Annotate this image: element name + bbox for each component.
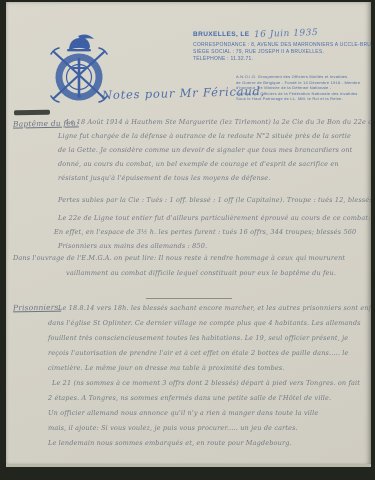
body-paragraph-quote: Dans l'ouvrage de l'E.M.G.A. on peut lir… bbox=[6, 254, 371, 284]
handwritten-line: Le lendemain nous sommes embarqués et, e… bbox=[6, 439, 371, 454]
letterhead-line: CORRESPONDANCE : 8, AVENUE DES MARRONNIE… bbox=[193, 42, 371, 49]
scanned-letter-page: BRUXELLES, LE 16 Juin 1935 CORRESPONDANC… bbox=[6, 2, 371, 467]
handwritten-line: mais, il ajoute: Si vous voulez, je puis… bbox=[6, 424, 371, 439]
handwritten-line: 2 étapes. A Tongres, ns sommes enfermés … bbox=[6, 394, 371, 409]
handwritten-line: résistant jusqu'à l'épuisement de tous l… bbox=[6, 174, 371, 188]
handwritten-line: Le 18 Août 1914 à Hauthem Ste Marguerite… bbox=[6, 118, 371, 132]
body-paragraph-2: Pertes subies par la Cie : Tués : 1 off.… bbox=[6, 196, 371, 210]
handwritten-line: Le 18.8.14 vers 18h. les blessés sachant… bbox=[6, 304, 371, 319]
handwritten-line: Dans l'ouvrage de l'E.M.G.A. on peut lir… bbox=[6, 254, 371, 269]
handwritten-line: donné, au cours du combat, un bel exempl… bbox=[6, 160, 371, 174]
letterhead-address-lines: CORRESPONDANCE : 8, AVENUE DES MARRONNIE… bbox=[193, 42, 371, 63]
paper-bottom-edge bbox=[6, 464, 371, 467]
handwritten-line: cimetière. Le même jour on dresse ma tab… bbox=[6, 364, 371, 379]
handwritten-line: vaillamment au combat difficile lequel c… bbox=[6, 269, 371, 284]
letterhead-city-label: BRUXELLES, LE bbox=[193, 31, 249, 38]
ink-smudge-mark bbox=[14, 110, 50, 116]
handwritten-line: Le 21 (ns sommes à ce moment 3 offrs don… bbox=[6, 379, 371, 394]
body-paragraph-3: Le 22e de Ligne tout entier fut d'ailleu… bbox=[6, 214, 371, 256]
handwritten-date: 16 Juin 1935 bbox=[254, 28, 318, 40]
letterhead-line: TÉLÉPHONE : 11.32.71. bbox=[193, 56, 371, 63]
handwritten-line: Ligne fut chargée de la défense à outran… bbox=[6, 132, 371, 146]
handwritten-line: Le 22e de Ligne tout entier fut d'ailleu… bbox=[6, 214, 371, 228]
handwritten-line: Pertes subies par la Cie : Tués : 1 off.… bbox=[6, 196, 371, 210]
handwritten-line: En effet, en l'espace de 3½ h. les perte… bbox=[6, 228, 371, 242]
regimental-emblem-icon bbox=[48, 32, 110, 110]
handwritten-line: de la Gette. Je considère comme un devoi… bbox=[6, 146, 371, 160]
letterhead-line: SIÈGE SOCIAL : 79, RUE JOSEPH II A BRUXE… bbox=[193, 49, 371, 56]
section-divider-rule bbox=[146, 298, 232, 299]
letterhead-city-date: BRUXELLES, LE 16 Juin 1935 bbox=[193, 29, 371, 39]
letterhead: BRUXELLES, LE 16 Juin 1935 CORRESPONDANC… bbox=[193, 29, 371, 63]
body-paragraph-prisonniers: Le 18.8.14 vers 18h. les blessés sachant… bbox=[6, 304, 371, 454]
body-paragraph-1: Le 18 Août 1914 à Hauthem Ste Marguerite… bbox=[6, 118, 371, 188]
handwritten-line: dans l'église St Oplinter. Ce dernier vi… bbox=[6, 319, 371, 334]
handwritten-line: Un officier allemand nous annonce qu'il … bbox=[6, 409, 371, 424]
handwritten-line: reçois l'autorisation de prendre l'air e… bbox=[6, 349, 371, 364]
handwritten-line: fouillent très consciencieusement toutes… bbox=[6, 334, 371, 349]
